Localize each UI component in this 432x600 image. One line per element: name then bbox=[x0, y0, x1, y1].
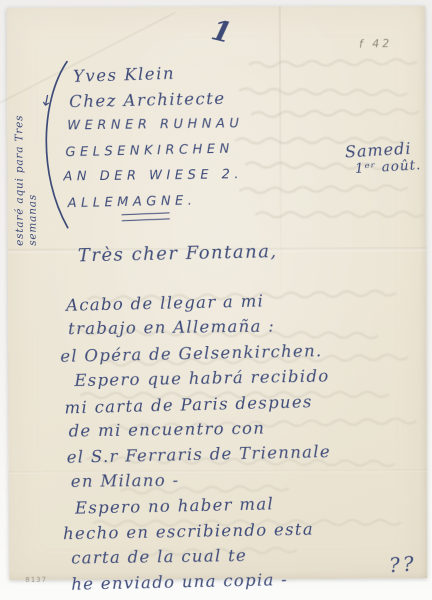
page-number: 1 bbox=[208, 13, 235, 50]
folio-mark: f 42 bbox=[359, 37, 393, 51]
date-block: Samedi 1ᵉʳ août. bbox=[344, 138, 421, 177]
address-line-co: Chez Architecte bbox=[69, 85, 244, 114]
address-line-country: ALLEMAGNE. bbox=[67, 187, 244, 216]
address-line-city: GELSENKIRCHEN bbox=[65, 136, 244, 165]
address-line-architect: WERNER RUHNAU bbox=[67, 111, 243, 139]
question-marks: ?? bbox=[388, 551, 417, 577]
date-value: 1ᵉʳ août. bbox=[355, 157, 422, 177]
inventory-mark: 8137 bbox=[25, 576, 47, 584]
fold-crease-vertical bbox=[279, 7, 282, 307]
address-line-street: AN DER WIESE 2. bbox=[63, 162, 243, 190]
salutation: Très cher Fontana, bbox=[78, 241, 278, 266]
margin-note-line: estaré aqui para Tres bbox=[13, 41, 27, 246]
letter-page: 1 f 42 estaré aqui para Tres semanas ↓ Y… bbox=[7, 6, 427, 580]
letter-photo: 1 f 42 estaré aqui para Tres semanas ↓ Y… bbox=[0, 0, 432, 600]
return-address: Yves Klein Chez Architecte WERNER RUHNAU… bbox=[69, 61, 244, 215]
double-underline bbox=[122, 212, 170, 221]
letter-body: Acabo de llegar a mi trabajo en Allemaña… bbox=[62, 288, 423, 594]
address-line-name: Yves Klein bbox=[73, 59, 244, 90]
margin-note: estaré aqui para Tres semanas bbox=[13, 41, 40, 246]
